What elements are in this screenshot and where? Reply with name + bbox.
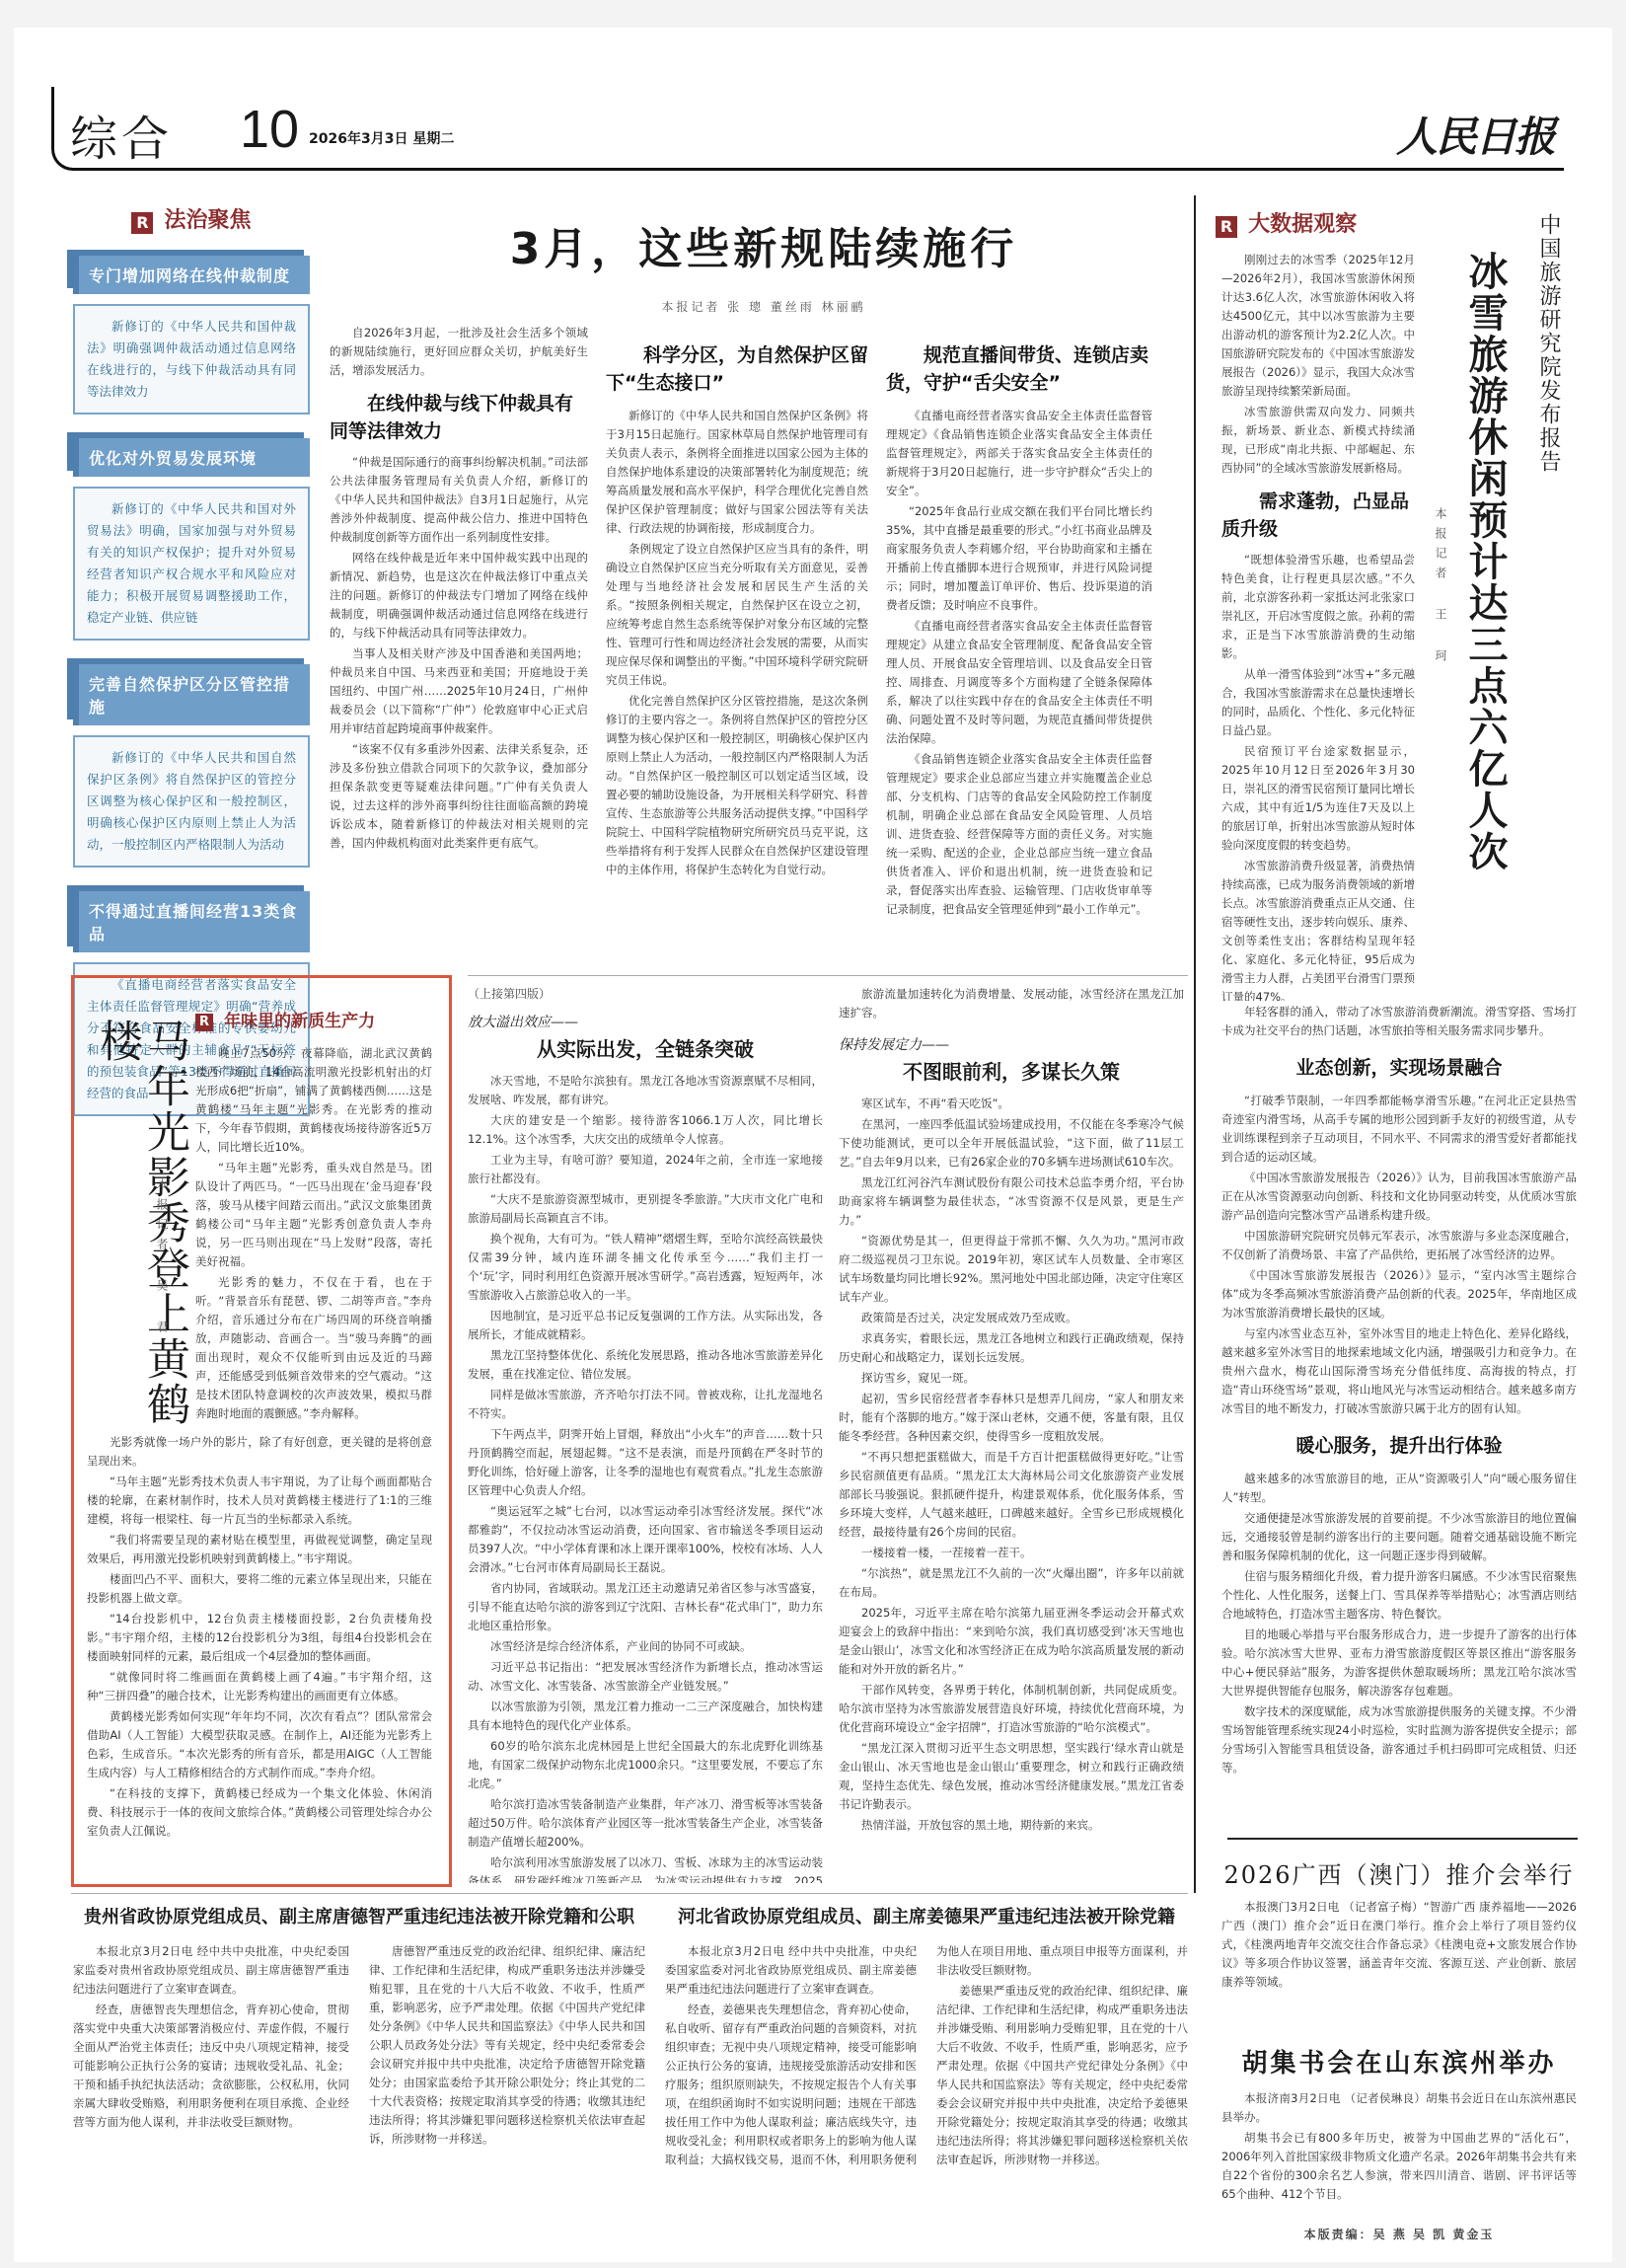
paragraph: 起初，雪乡民宿经营者李春林只是想弄几间房，“家人和朋友来时，能有个落脚的地方。”… [839, 1390, 1184, 1446]
paragraph: 热情洋溢，开放包容的黑土地，期待新的来宾。 [839, 1816, 1184, 1835]
section-subhead: 规范直播间带货、连锁店卖货，守护“舌尖安全” [886, 341, 1152, 397]
paragraph: 以冰雪旅游为引领，黑龙江着力推动一二三产深度融合，加快构建具有本地特色的现代化产… [468, 1698, 823, 1735]
continued-left: （上接第四版） 放大溢出效应—— 从实际出发，全链条突破 冰天雪地，不是哈尔滨独… [468, 985, 823, 1883]
paragraph: 政策简是否过关，决定发展成效乃至成败。 [839, 1309, 1184, 1327]
page-editors: 本版责编：吴 燕 吴 凯 黄金玉 [1221, 2226, 1577, 2242]
law-box: 完善自然保护区分区管控措施 新修订的《中华人民共和国自然保护区条例》将自然保护区… [73, 664, 310, 868]
big-data-byline: 本报记者 王 珂 [1433, 507, 1449, 724]
paragraph: 冰天雪地，不是哈尔滨独有。黑龙江各地冰雪资源禀赋不尽相同，发展啥、咋发展，都有讲… [468, 1072, 823, 1109]
feature-byline: 本报记者 吴 君 [154, 1178, 171, 1356]
paragraph: 网络在线仲裁是近年来中国仲裁实践中出现的新情况、新趋势，也是这次在仲裁法修订中重… [330, 549, 588, 643]
main-byline: 本报记者 张 璁 董丝雨 林丽鹂 [330, 298, 1198, 315]
feature-col-bottom: 光影秀就像一场户外的影片，除了有好创意，更关键的是将创意呈现出来。 “马年主题”… [87, 1433, 432, 1871]
paragraph: 干部作风转变，各界勇于转化，体制机制创新，共同促成质变。哈尔滨市坚持为冰雪旅游发… [839, 1681, 1184, 1737]
paragraph: 黑龙江坚持整体优化、系统化发展思路，推动各地冰雪旅游差异化发展，重在找准定位、错… [468, 1346, 823, 1384]
huji-article: 胡集书会在山东滨州举办 本报济南3月2日电 （记者侯琳良）胡集书会近日在山东滨州… [1221, 2043, 1577, 2242]
paragraph: 民宿预订平台途家数据显示，2025年10月12日至2026年3月30日，崇礼区的… [1221, 742, 1415, 855]
huji-headline: 胡集书会在山东滨州举办 [1221, 2043, 1577, 2079]
kicker: 放大溢出效应—— [468, 1012, 823, 1031]
guizhou-headline: 贵州省政协原党组成员、副主席唐德智严重违纪违法被开除党籍和公职 [73, 1903, 645, 1928]
paragraph: 本报济南3月2日电 （记者侯琳良）胡集书会近日在山东滨州惠民县举办。 [1221, 2089, 1577, 2127]
paragraph: 冰雪经济是综合经济体系，产业间的协同不可或缺。 [468, 1637, 823, 1656]
paragraph: 本报北京3月2日电 经中共中央批准，中央纪委国家监委对贵州省政协原党组成员、副主… [73, 1942, 349, 1999]
feature-column-header: R 年味里的新质生产力 [195, 1007, 432, 1031]
paragraph: 姜德果严重违反党的政治纪律、组织纪律、廉洁纪律、工作纪律和生活纪律，构成严重职务… [936, 1982, 1188, 2169]
paragraph: “打破季节限制，一年四季都能畅享滑雪乐趣。”在河北正定县热雪奇迹室内滑雪场，从高… [1221, 1092, 1577, 1167]
continued-from-label: （上接第四版） [468, 985, 823, 1002]
paragraph: “大庆不是旅游资源型城市，更别提冬季旅游。”大庆市文化广电和旅游局副局长高颖直言… [468, 1190, 823, 1228]
paragraph: 同样是做冰雪旅游，齐齐哈尔打法不同。曾被戏称，让扎龙湿地名不符实。 [468, 1386, 823, 1423]
paragraph: 晚上7点50分，夜幕降临，湖北武汉黄鹤楼西广场前，14台高流明激光投影机射出的灯… [195, 1044, 432, 1157]
section-subhead: 科学分区，为自然保护区留下“生态接口” [606, 341, 868, 397]
paragraph: 交通便捷是冰雪旅游发展的首要前提。不少冰雪旅游目的地位置偏远，交通接驳曾是制约游… [1221, 1509, 1577, 1565]
section-subhead: 在线仲裁与线下仲裁具有同等法律效力 [330, 390, 588, 445]
paragraph: “仲裁是国际通行的商事纠纷解决机制。”司法部公共法律服务管理局有关负责人介绍，新… [330, 453, 588, 547]
paragraph: 光影秀就像一场户外的影片，除了有好创意，更关键的是将创意呈现出来。 [87, 1433, 432, 1471]
section-divider [71, 1893, 1188, 1894]
law-focus-title: 法治聚焦 [165, 208, 252, 233]
paragraph: “在科技的支撑下，黄鹤楼已经成为一个集文化体验、休闲消费、科技展示于一体的夜间文… [87, 1784, 432, 1841]
paragraph: 住宿与服务精细化升级，着力提升游客归属感。不少冰雪民宿聚焦个性化、人性化服务，送… [1221, 1567, 1577, 1624]
paragraph: 本报澳门3月2日电 （记者富子梅）“智游广西 康养福地——2026广西（澳门）推… [1221, 1898, 1577, 1992]
paragraph: 一楼接着一楼，一茬接着一茬干。 [839, 1544, 1184, 1562]
paragraph: “14台投影机中，12台负责主楼楼面投影，2台负责楼角投影。”韦宇翔介绍，主楼的… [87, 1610, 432, 1666]
section-subhead: 需求蓬勃，凸显品质升级 [1221, 488, 1415, 543]
kicker: 保持发展定力—— [839, 1034, 1184, 1054]
big-data-header: R 大数据观察 [1216, 207, 1413, 238]
paragraph: 《中国冰雪旅游发展报告（2026）》认为，目前我国冰雪旅游产品正在从冰雪资源驱动… [1221, 1169, 1577, 1225]
section-subhead: 不图眼前利，多谋长久策 [839, 1056, 1184, 1085]
paragraph: 优化完善自然保护区分区管控措施，是这次条例修订的主要内容之一。条例将自然保护区的… [606, 692, 868, 879]
paragraph: 光影秀的魅力，不仅在于看，也在于听。“背景音乐有琵琶、锣、二胡等声音。”李舟介绍… [195, 1273, 432, 1419]
paragraph: 本报北京3月2日电 经中共中央批准，中央纪委国家监委对河北省政协原党组成员、副主… [665, 1942, 917, 1999]
hebei-body: 本报北京3月2日电 经中共中央批准，中央纪委国家监委对河北省政协原党组成员、副主… [665, 1942, 1188, 2238]
paragraph: 刚刚过去的冰雪季（2025年12月—2026年2月），我国冰雪旅游休闲预计达3.… [1221, 251, 1415, 401]
main-col-3: 规范直播间带货、连锁店卖货，守护“舌尖安全” 《直播电商经营者落实食品安全主体责… [886, 341, 1152, 975]
feature-headline: 马年光影秀登上黄鹤楼 [93, 1019, 187, 1433]
guizhou-article: 贵州省政协原党组成员、副主席唐德智严重违纪违法被开除党籍和公职 本报北京3月2日… [73, 1903, 645, 2238]
paragraph: 越来越多的冰雪旅游目的地，正从“资源吸引人”向“暖心服务留住人”转型。 [1221, 1470, 1577, 1507]
paragraph: 哈尔滨打造冰雪装备制造产业集群，年产冰刀、滑雪板等冰雪装备超过50万件。哈尔滨体… [468, 1795, 823, 1852]
paragraph: 目的地暖心举措与平台服务形成合力，进一步提升了游客的出行体验。哈尔滨冰雪大世界、… [1221, 1625, 1577, 1701]
paragraph: 黄鹤楼光影秀如何实现“年年均不同，次次有看点”？团队常常会借助AI（人工智能）大… [87, 1707, 432, 1782]
report-kicker: 中国旅游研究院发布报告 [1533, 213, 1564, 509]
big-data-col-top: 刚刚过去的冰雪季（2025年12月—2026年2月），我国冰雪旅游休闲预计达3.… [1221, 251, 1415, 1001]
law-box-body: 新修订的《中华人民共和国仲裁法》明确强调仲裁活动通过信息网络在线进行的，与线下仲… [73, 304, 310, 415]
continued-right: 旅游流量加速转化为消费增量、发展动能，冰雪经济在黑龙江加速扩容。 保持发展定力—… [839, 985, 1184, 1883]
paragraph: “黑龙江深入贯彻习近平生态文明思想，坚实践行‘绿水青山就是金山银山、冰天雪地也是… [839, 1739, 1184, 1814]
r-badge-icon: R [131, 212, 153, 234]
feature-col-top: 晚上7点50分，夜幕降临，湖北武汉黄鹤楼西广场前，14台高流明激光投影机射出的灯… [195, 1044, 432, 1419]
big-data-headline: 冰雪旅游休闲预计达三点六亿人次 [1464, 251, 1506, 961]
law-box-title: 专门增加网络在线仲裁制度 [73, 256, 310, 294]
feature-column-title: 年味里的新质生产力 [224, 1012, 375, 1031]
paragraph: 胡集书会已有800多年历史，被誉为中国曲艺界的“活化石”，2006年列入首批国家… [1221, 2129, 1577, 2204]
paragraph: “我们将需要呈现的素材贴在模型里，再做视觉调整，确定呈现效果后，再用激光投影机映… [87, 1531, 432, 1568]
hebei-headline: 河北省政协原党组成员、副主席姜德果严重违纪违法被开除党籍 [665, 1903, 1188, 1928]
r-badge-icon: R [195, 1014, 213, 1031]
paragraph: 习近平总书记指出：“把发展冰雪经济作为新增长点，推动冰雪运动、冰雪文化、冰雪装备… [468, 1658, 823, 1696]
newspaper-page: 综合 10 2026年3月3日 星期二 人民日报 R 法治聚焦 专门增加网络在线… [14, 28, 1612, 2262]
paragraph: “既想体验滑雪乐趣，也希望品尝特色美食，让行程更具层次感。”不久前，北京游客孙莉… [1221, 551, 1415, 663]
law-box-body: 新修订的《中华人民共和国对外贸易法》明确，国家加强与对外贸易有关的知识产权保护；… [73, 487, 310, 641]
issue-date: 2026年3月3日 星期二 [309, 128, 454, 148]
paragraph: 工业为主导，有啥可游？要知道，2024年之前，全市连一家地接旅行社都没有。 [468, 1151, 823, 1188]
paragraph: 楼面凹凸不平、面积大，要将二维的元素立体呈现出来，只能在投影机器上做文章。 [87, 1570, 432, 1608]
paragraph: 冰雪旅游消费升级显著，消费热情持续高涨，已成为服务消费领域的新增长点。冰雪旅游消… [1221, 857, 1415, 1001]
newspaper-logo: 人民日报 [1396, 105, 1554, 164]
guangxi-headline: 2026广西（澳门）推介会举行 [1221, 1855, 1577, 1890]
law-box-body: 新修订的《中华人民共和国自然保护区条例》将自然保护区的管控分区调整为核心保护区和… [73, 735, 310, 868]
paragraph: “不再只想把蛋糕做大，而是千方百计把蛋糕做得更好吃。”让雪乡民宿颜值更有品质。“… [839, 1448, 1184, 1542]
paragraph: “马年主题”光影秀技术负责人韦宇翔说，为了让每个画面都贴合楼的轮廓，在素材制作时… [87, 1473, 432, 1529]
paragraph: “奥运冠军之城”七台河，以冰雪运动牵引冰雪经济发展。探代“冰都雅韵”，不仅拉动冰… [468, 1502, 823, 1577]
paragraph: “马年主题”光影秀，重头戏自然是马。团队设计了两匹马。“一匹马出现在‘金马迎春’… [195, 1159, 432, 1271]
paragraph: 《直播电商经营者落实食品安全主体责任监督管理规定》从建立食品安全管理制度、配备食… [886, 617, 1152, 748]
paragraph: 年轻客群的涌入，带动了冰雪旅游消费新潮流。滑雪穿搭、雪场打卡成为社交平台的热门话… [1221, 1003, 1577, 1040]
law-box: 专门增加网络在线仲裁制度 新修订的《中华人民共和国仲裁法》明确强调仲裁活动通过信… [73, 256, 310, 415]
section-subhead: 暖心服务，提升出行体验 [1221, 1432, 1577, 1460]
section-divider [1227, 1838, 1578, 1840]
paragraph: 《直播电商经营者落实食品安全主体责任监督管理规定》《食品销售连锁企业落实食品安全… [886, 407, 1152, 500]
paragraph: 寒区试车，不再“看天吃饭”。 [839, 1095, 1184, 1113]
paragraph: 大庆的建安是一个缩影。接待游客1066.1万人次，同比增长12.1%。这个冰雪季… [468, 1111, 823, 1149]
paragraph: 旅游流量加速转化为消费增量、发展动能，冰雪经济在黑龙江加速扩容。 [839, 985, 1184, 1022]
law-box-title: 优化对外贸易发展环境 [73, 438, 310, 477]
paragraph: “尔滨热”，就是黑龙江不久前的一次“火爆出圈”，许多年以前就在布局。 [839, 1564, 1184, 1602]
paragraph: 下午两点半，阴霁开始上冒烟，释放出“小火车”的声音……数十只丹顶鹤腾空而起，展翅… [468, 1425, 823, 1500]
paragraph: 换个视角，大有可为。“铁人精神”熠熠生辉，至哈尔滨经高铁最快仅需39分钟，域内连… [468, 1230, 823, 1305]
section-subhead: 从实际出发，全链条突破 [468, 1033, 823, 1062]
lead-paragraph: 自2026年3月起，一批涉及社会生活多个领域的新规陆续施行，更好回应群众关切，护… [330, 324, 588, 380]
paragraph: 当事人及相关财产涉及中国香港和美国两地；仲裁员来自中国、马来西亚和美国；开庭地设… [330, 644, 588, 738]
section-name: 综合 [70, 101, 173, 169]
paragraph: 中国旅游研究院研究员韩元军表示，冰雪旅游与多业态深度融合，不仅创新了消费场景、丰… [1221, 1227, 1577, 1264]
paragraph: 新修订的《中华人民共和国自然保护区条例》将于3月15日起施行。国家林草局自然保护… [606, 407, 868, 538]
law-box: 优化对外贸易发展环境 新修订的《中华人民共和国对外贸易法》明确，国家加强与对外贸… [73, 438, 310, 641]
paragraph: 因地制宜，是习近平总书记反复强调的工作方法。从实际出发，各展所长，才能成就精彩。 [468, 1307, 823, 1344]
section-divider [468, 975, 1188, 976]
page-number: 10 [240, 99, 299, 160]
paragraph: 黑龙江红河谷汽车测试股份有限公司技术总监李勇介绍，平台协助商家将车辆调整为最佳状… [839, 1173, 1184, 1230]
main-col-1: 自2026年3月起，一批涉及社会生活多个领域的新规陆续施行，更好回应群众关切，护… [330, 324, 588, 975]
paragraph: 哈尔滨利用冰雪旅游发展了以冰刀、雪板、冰球为主的冰雪运动装备体系，研发碳纤维冰刀… [468, 1853, 823, 1883]
paragraph: 在黑河，一座四季低温试验场建成投用，不仅能在冬季寒冷气候下使功能测试，更可以全年… [839, 1115, 1184, 1172]
paragraph: 《食品销售连锁企业落实食品安全主体责任监督管理规定》要求企业总部应当建立并实施覆… [886, 750, 1152, 919]
paragraph: 探访雪乡，窥见一斑。 [839, 1369, 1184, 1388]
paragraph: 省内协同，省域联动。黑龙江还主动邀请兄弟省区参与冰雪盛宴，引导不能直达哈尔滨的游… [468, 1579, 823, 1635]
paragraph: 60岁的哈尔滨东北虎林园是上世纪全国最大的东北虎野化训练基地，有国家二级保护动物… [468, 1737, 823, 1793]
paragraph: “该案不仅有多重涉外因素、法律关系复杂，还涉及多份独立借款合同项下的欠款争议，叠… [330, 740, 588, 853]
masthead: 综合 10 2026年3月3日 星期二 人民日报 [51, 87, 1564, 171]
paragraph: 条例规定了设立自然保护区应当具有的条件，明确设立自然保护区应当充分听取有关方面意… [606, 540, 868, 690]
paragraph: “就像同时将二维画面在黄鹤楼上画了4遍。”韦宇翔介绍，这种“三拼四叠”的融合技术… [87, 1668, 432, 1705]
paragraph: “资源优势是其一，但更得益于常抓不懈、久久为功。”黑河市政府二级巡视员刁卫东说。… [839, 1232, 1184, 1307]
big-data-title: 大数据观察 [1248, 212, 1357, 237]
paragraph: 唐德智严重违反党的政治纪律、组织纪律、廉洁纪律、工作纪律和生活纪律，构成严重职务… [369, 1942, 645, 2149]
guizhou-body: 本报北京3月2日电 经中共中央批准，中央纪委国家监委对贵州省政协原党组成员、副主… [73, 1942, 645, 2238]
r-badge-icon: R [1216, 216, 1237, 238]
paragraph: 冰雪旅游供需双向发力、同频共振，新场景、新业态、新模式持续涌现，已形成“南北共振… [1221, 403, 1415, 478]
main-col-2: 科学分区，为自然保护区留下“生态接口” 新修订的《中华人民共和国自然保护区条例》… [606, 341, 868, 975]
main-headline: 3月，这些新规陆续施行 [330, 213, 1198, 276]
big-data-col-bottom: 年轻客群的涌入，带动了冰雪旅游消费新潮流。滑雪穿搭、雪场打卡成为社交平台的热门话… [1221, 1003, 1577, 1822]
paragraph: “2025年食品行业成交额在我们平台同比增长约35%，其中直播是最重要的形式。”… [886, 502, 1152, 615]
paragraph: 从单一滑雪体验到“冰雪+”多元融合，我国冰雪旅游需求在总量快速增长的同时，品质化… [1221, 665, 1415, 740]
section-subhead: 业态创新，实现场景融合 [1221, 1054, 1577, 1082]
hebei-article: 河北省政协原党组成员、副主席姜德果严重违纪违法被开除党籍 本报北京3月2日电 经… [665, 1903, 1188, 2238]
main-headline-block: 3月，这些新规陆续施行 本报记者 张 璁 董丝雨 林丽鹂 [330, 213, 1198, 315]
paragraph: 数字技术的深度赋能，成为冰雪旅游提供服务的关键支撑。不少滑雪场智能管理系统实现2… [1221, 1702, 1577, 1777]
column-divider [1194, 195, 1196, 1893]
law-focus-header: R 法治聚焦 [73, 203, 310, 234]
paragraph: 与室内冰雪业态互补，室外冰雪目的地走上特色化、差异化路线，越来越多室外冰雪目的地… [1221, 1324, 1577, 1418]
paragraph: 《中国冰雪旅游发展报告（2026）》显示，“室内冰雪主题综合体”成为冬季高频冰雪… [1221, 1266, 1577, 1323]
guangxi-article: 2026广西（澳门）推介会举行 本报澳门3月2日电 （记者富子梅）“智游广西 康… [1221, 1855, 1577, 1994]
paragraph: 经查，唐德智丧失理想信念，背弃初心使命，贯彻落实党中央重大决策部署消极应付、弄虚… [73, 2001, 349, 2132]
law-box-title: 不得通过直播间经营13类食品 [73, 891, 310, 952]
law-box-title: 完善自然保护区分区管控措施 [73, 664, 310, 725]
paragraph: 2025年，习近平主席在哈尔滨第九届亚洲冬季运动会开幕式欢迎宴会上的致辞中指出：… [839, 1604, 1184, 1679]
paragraph: 求真务实，着眼长远，黑龙江各地树立和践行正确政绩观，保持历史耐心和战略定力，谋划… [839, 1329, 1184, 1367]
